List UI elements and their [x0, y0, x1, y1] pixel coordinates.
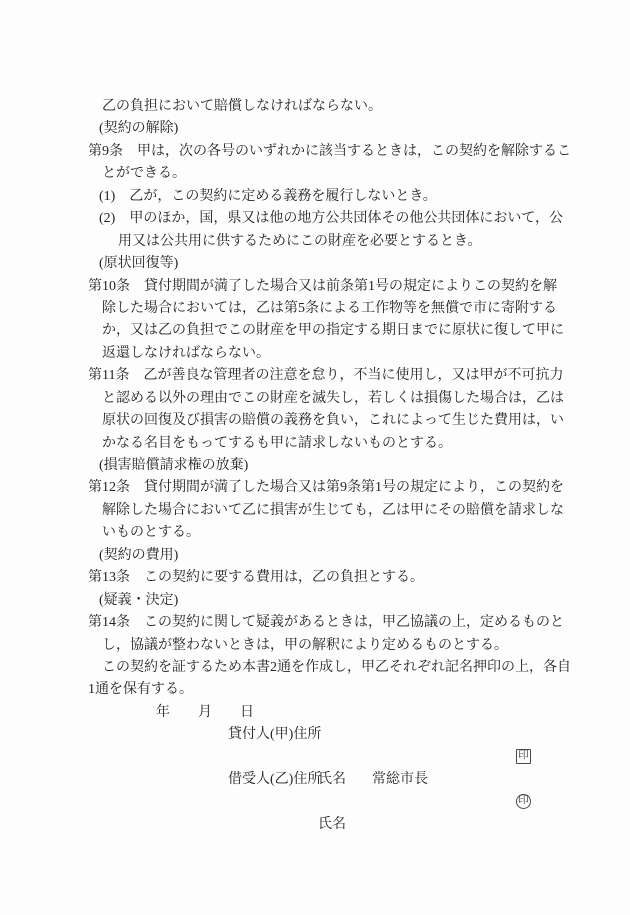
- article-9-start: 第9条 甲は，次の各号のいずれかに該当するときは，この契約を解除するこ: [88, 141, 558, 163]
- article-10-start: 第10条 貸付期間が満了した場合又は前条第1号の規定によりこの契約を解: [88, 276, 558, 298]
- contract-body: 乙の負担において賠償しなければならない。 (契約の解除) 第9条 甲は，次の各号…: [88, 96, 558, 814]
- section-heading-songai: (損害賠償請求権の放棄): [88, 455, 558, 477]
- item-1-line: (1) 乙が，この契約に定める義務を履行しないとき。: [88, 186, 558, 208]
- document-page: 乙の負担において賠償しなければならない。 (契約の解除) 第9条 甲は，次の各号…: [0, 0, 630, 915]
- borrower-name-label: 氏名: [318, 817, 346, 832]
- article-13-start: 第13条 この契約に要する費用は，乙の負担とする。: [88, 567, 558, 589]
- section-heading-gigi: (疑義・決定): [88, 590, 558, 612]
- lender-name-label: 氏名: [318, 772, 346, 787]
- contract-line: とができる。: [88, 163, 558, 185]
- lender-name-value: 常総市長: [372, 772, 428, 787]
- closing-paragraph-line: 1通を保有する。: [88, 679, 558, 701]
- date-line: 年 月 日: [88, 702, 558, 724]
- contract-line: し，協議が整わないときは，甲の解釈により定めるものとする。: [88, 635, 558, 657]
- section-heading-genjo: (原状回復等): [88, 253, 558, 275]
- section-heading-hiyo: (契約の費用): [88, 545, 558, 567]
- contract-line: と認める以外の理由でこの財産を滅失し，若しくは損傷した場合は，乙は: [88, 388, 558, 410]
- lender-seal-icon: 印: [516, 749, 531, 764]
- contract-line: か，又は乙の負担でこの財産を甲の指定する期日までに原状に復して甲に: [88, 320, 558, 342]
- article-12-start: 第12条 貸付期間が満了した場合又は第9条第1号の規定により，この契約を: [88, 477, 558, 499]
- contract-line: 原状の回復及び損害の賠償の義務を負い，これによって生じた費用は，い: [88, 410, 558, 432]
- contract-line: いものとする。: [88, 522, 558, 544]
- item-2-continuation: 用又は公共用に供するためにこの財産を必要とするとき。: [88, 231, 558, 253]
- contract-line: 解除した場合において乙に損害が生じても，乙は甲にその賠償を請求しな: [88, 500, 558, 522]
- contract-line: 返還しなければならない。: [88, 343, 558, 365]
- closing-paragraph-line: この契約を証するため本書2通を作成し，甲乙それぞれ記名押印の上，各自: [88, 657, 558, 679]
- contract-line: 乙の負担において賠償しなければならない。: [88, 96, 558, 118]
- borrower-name-line: 氏名 印: [88, 792, 558, 814]
- lender-name-line: 氏名常総市長 印: [88, 747, 558, 769]
- lender-address-line: 貸付人(甲)住所: [88, 724, 558, 746]
- item-2-line: (2) 甲のほか，国，県又は他の地方公共団体その他公共団体において，公: [88, 208, 558, 230]
- contract-line: 除した場合においては，乙は第5条による工作物等を無償で市に寄附する: [88, 298, 558, 320]
- section-heading-kaijo: (契約の解除): [88, 118, 558, 140]
- article-11-start: 第11条 乙が善良な管理者の注意を怠り，不当に使用し，又は甲が不可抗力: [88, 365, 558, 387]
- article-14-start: 第14条 この契約に関して疑義があるときは，甲乙協議の上，定めるものと: [88, 612, 558, 634]
- borrower-seal-icon: 印: [516, 794, 531, 809]
- contract-line: かなる名目をもってするも甲に請求しないものとする。: [88, 433, 558, 455]
